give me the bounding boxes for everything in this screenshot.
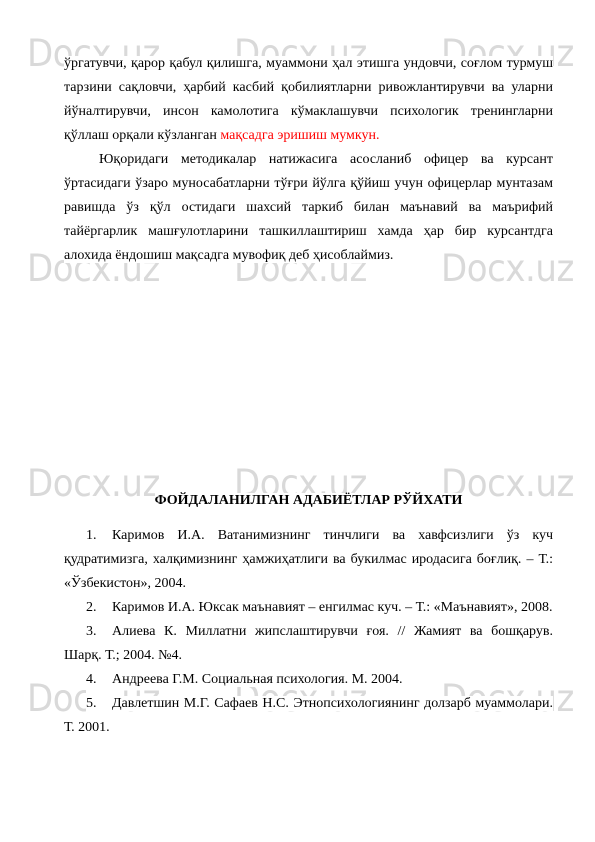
reference-number: 5. bbox=[86, 692, 112, 716]
reference-number: 1. bbox=[86, 524, 112, 548]
reference-item: 4.Андреева Г.М. Социальная психология. М… bbox=[64, 668, 553, 692]
document-body: ўргатувчи, қарор қабул қилишга, муаммони… bbox=[64, 52, 553, 740]
blank-space bbox=[64, 268, 553, 489]
reference-number: 2. bbox=[86, 596, 112, 620]
reference-item: 3.Алиева К. Миллатни жипслаштирувчи ғоя.… bbox=[64, 620, 553, 668]
reference-text: Каримов И.А. Ватанимизнинг тинчлиги ва х… bbox=[64, 528, 553, 591]
references-heading-text: ФОЙДАЛАНИЛГАН АДАБИЁТЛАР РЎЙХАТИ bbox=[155, 493, 463, 508]
reference-item: 2.Каримов И.А. Юксак маънавият – енгилма… bbox=[64, 596, 553, 620]
reference-number: 4. bbox=[86, 668, 112, 692]
references-list: 1.Каримов И.А. Ватанимизнинг тинчлиги ва… bbox=[64, 524, 553, 740]
reference-number: 3. bbox=[86, 620, 112, 644]
references-heading: ФОЙДАЛАНИЛГАН АДАБИЁТЛАР РЎЙХАТИ bbox=[64, 489, 553, 513]
heading-gap bbox=[64, 513, 553, 524]
reference-text: Андреева Г.М. Социальная психология. М. … bbox=[112, 672, 403, 687]
paragraph-1: ўргатувчи, қарор қабул қилишга, муаммони… bbox=[64, 52, 553, 148]
reference-text: Давлетшин М.Г. Сафаев Н.С. Этнопсихологи… bbox=[64, 696, 553, 735]
reference-item: 5.Давлетшин М.Г. Сафаев Н.С. Этнопсихоло… bbox=[64, 692, 553, 740]
paragraph-2-text: Юқоридаги методикалар натижасига асослан… bbox=[64, 152, 553, 263]
reference-text: Алиева К. Миллатни жипслаштирувчи ғоя. /… bbox=[64, 624, 553, 663]
highlighted-phrase: мақсадга эришиш мумкун. bbox=[220, 128, 379, 143]
reference-text: Каримов И.А. Юксак маънавият – енгилмас … bbox=[112, 600, 552, 615]
paragraph-2: Юқоридаги методикалар натижасига асослан… bbox=[64, 148, 553, 268]
document-page: Docx.uz Docx.uz Docx.uz Docx.uz Docx.uz … bbox=[0, 0, 595, 842]
reference-item: 1.Каримов И.А. Ватанимизнинг тинчлиги ва… bbox=[64, 524, 553, 596]
